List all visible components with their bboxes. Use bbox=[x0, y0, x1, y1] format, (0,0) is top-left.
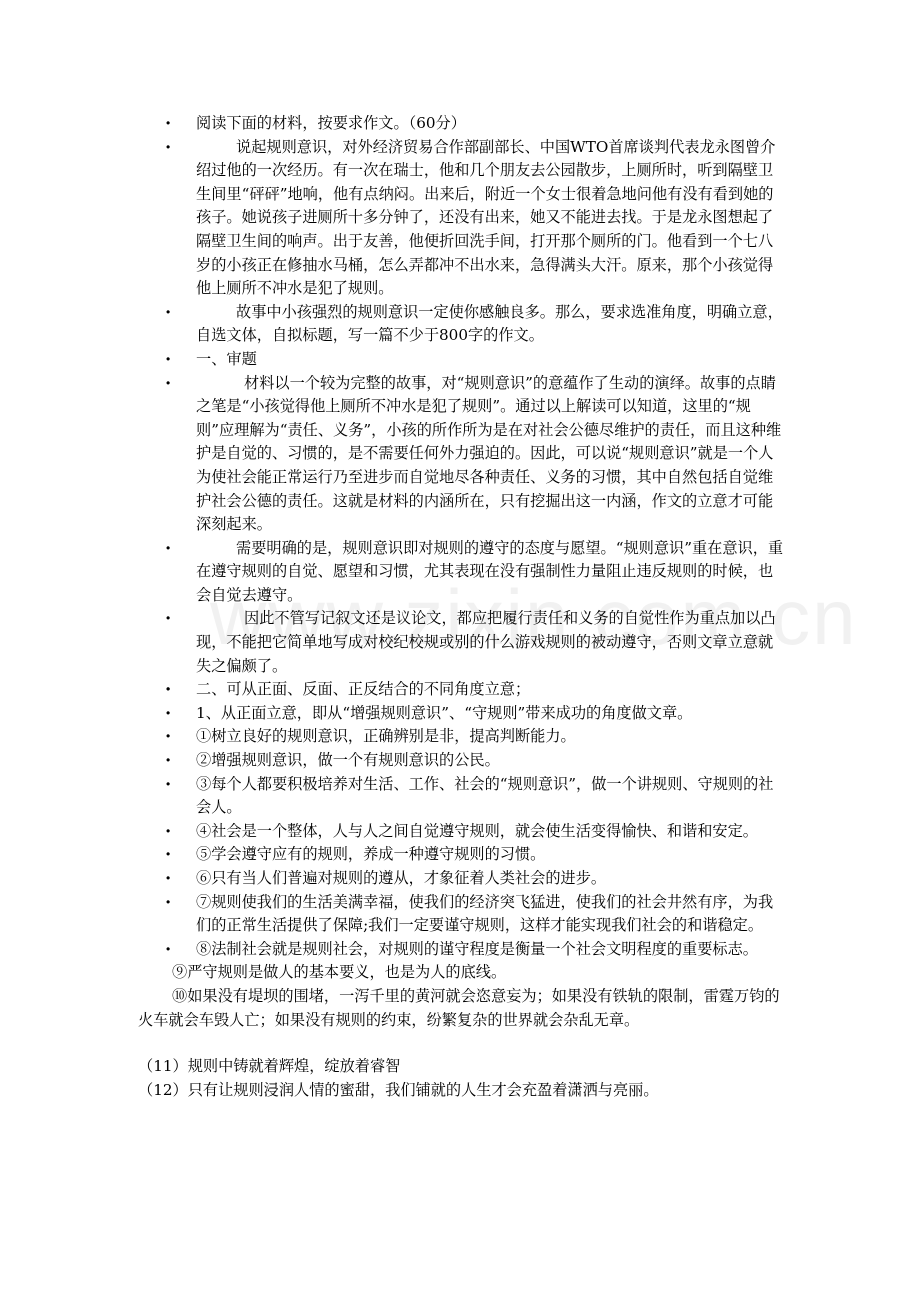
paragraph-point-10: ⑩如果没有堤坝的围堵，一泻千里的黄河就会恣意妄为；如果没有铁轨的限制，雷霆万钧的… bbox=[0, 985, 786, 1032]
bullet-icon: • bbox=[166, 112, 170, 136]
bullet-icon: • bbox=[166, 938, 170, 962]
bullet-icon: • bbox=[166, 301, 170, 325]
list-item: •⑤学会遵守应有的规则，养成一种遵守规则的习惯。 bbox=[0, 843, 784, 867]
bullet-icon: • bbox=[166, 773, 170, 797]
list-item-text: 说起规则意识，对外经济贸易合作部副部长、中国WTO首席谈判代表龙永图曾介绍过他的… bbox=[196, 138, 775, 298]
list-item: •材料以一个较为完整的故事，对“规则意识”的意蕴作了生动的演绎。故事的点睛之笔是… bbox=[0, 372, 784, 537]
list-item-text: 故事中小孩强烈的规则意识一定使你感触良多。那么，要求选准角度，明确立意，自选文体… bbox=[196, 303, 783, 345]
bullet-list: •阅读下面的材料，按要求作文。（60分）•说起规则意识，对外经济贸易合作部副部长… bbox=[0, 112, 920, 961]
list-item: •⑥只有当人们普遍对规则的遵从，才象征着人类社会的进步。 bbox=[0, 867, 784, 891]
list-item-text: 二、可从正面、反面、正反结合的不同角度立意； bbox=[196, 680, 530, 698]
list-item-text: 一、审题 bbox=[196, 350, 257, 368]
list-item: •因此不管写记叙文还是议论文，都应把履行责任和义务的自觉性作为重点加以凸现，不能… bbox=[0, 607, 784, 678]
list-item: •二、可从正面、反面、正反结合的不同角度立意； bbox=[0, 678, 784, 702]
paragraph-point-11: （11）规则中铸就着辉煌，绽放着睿智 bbox=[0, 1055, 920, 1079]
list-item-text: ⑦规则使我们的生活美满幸福，使我们的经济突飞猛进，使我们的社会井然有序，为我们的… bbox=[196, 893, 773, 935]
list-item-text: ③每个人都要积极培养对生活、工作、社会的“规则意识”，做一个讲规则、守规则的社会… bbox=[196, 775, 773, 817]
list-item: •⑧法制社会就是规则社会，对规则的谨守程度是衡量一个社会文明程度的重要标志。 bbox=[0, 938, 784, 962]
list-item-text: 材料以一个较为完整的故事，对“规则意识”的意蕴作了生动的演绎。故事的点睛之笔是“… bbox=[196, 374, 781, 534]
list-item: •需要明确的是，规则意识即对规则的遵守的态度与愿望。“规则意识”重在意识，重在遵… bbox=[0, 537, 784, 608]
bullet-icon: • bbox=[166, 136, 170, 160]
list-item-text: 1、从正面立意，即从“增强规则意识”、“守规则”带来成功的角度做文章。 bbox=[196, 704, 692, 722]
paragraph-point-9: ⑨严守规则是做人的基本要义，也是为人的底线。 bbox=[0, 961, 920, 985]
list-item-text: ⑤学会遵守应有的规则，养成一种遵守规则的习惯。 bbox=[196, 845, 545, 863]
list-item: •一、审题 bbox=[0, 348, 784, 372]
list-item-text: ⑧法制社会就是规则社会，对规则的谨守程度是衡量一个社会文明程度的重要标志。 bbox=[196, 940, 758, 958]
list-item: •阅读下面的材料，按要求作文。（60分） bbox=[0, 112, 784, 136]
list-item-text: ②增强规则意识，做一个有规则意识的公民。 bbox=[196, 751, 500, 769]
list-item: •④社会是一个整体，人与人之间自觉遵守规则，就会使生活变得愉快、和谐和安定。 bbox=[0, 820, 784, 844]
list-item-text: ①树立良好的规则意识，正确辨别是非，提高判断能力。 bbox=[196, 727, 576, 745]
paragraph-point-12: （12）只有让规则浸润人情的蜜甜，我们铺就的人生才会充盈着潇洒与亮丽。 bbox=[0, 1079, 920, 1103]
bullet-icon: • bbox=[166, 678, 170, 702]
list-item: •1、从正面立意，即从“增强规则意识”、“守规则”带来成功的角度做文章。 bbox=[0, 702, 784, 726]
list-item-text: 因此不管写记叙文还是议论文，都应把履行责任和义务的自觉性作为重点加以凸现，不能把… bbox=[196, 609, 776, 674]
list-item: •③每个人都要积极培养对生活、工作、社会的“规则意识”，做一个讲规则、守规则的社… bbox=[0, 773, 784, 820]
list-item-text: 需要明确的是，规则意识即对规则的遵守的态度与愿望。“规则意识”重在意识，重在遵守… bbox=[196, 539, 783, 604]
bullet-icon: • bbox=[166, 607, 170, 631]
bullet-icon: • bbox=[166, 725, 170, 749]
list-item: •②增强规则意识，做一个有规则意识的公民。 bbox=[0, 749, 784, 773]
document-body: •阅读下面的材料，按要求作文。（60分）•说起规则意识，对外经济贸易合作部副部长… bbox=[0, 112, 920, 1102]
list-item: •故事中小孩强烈的规则意识一定使你感触良多。那么，要求选准角度，明确立意，自选文… bbox=[0, 301, 784, 348]
list-item-text: 阅读下面的材料，按要求作文。（60分） bbox=[196, 114, 466, 132]
bullet-icon: • bbox=[166, 749, 170, 773]
bullet-icon: • bbox=[166, 372, 170, 396]
bullet-icon: • bbox=[166, 843, 170, 867]
list-item: •说起规则意识，对外经济贸易合作部副部长、中国WTO首席谈判代表龙永图曾介绍过他… bbox=[0, 136, 784, 301]
bullet-icon: • bbox=[166, 867, 170, 891]
list-item: •⑦规则使我们的生活美满幸福，使我们的经济突飞猛进，使我们的社会井然有序，为我们… bbox=[0, 891, 784, 938]
bullet-icon: • bbox=[166, 348, 170, 372]
list-item: •①树立良好的规则意识，正确辨别是非，提高判断能力。 bbox=[0, 725, 784, 749]
list-item-text: ④社会是一个整体，人与人之间自觉遵守规则，就会使生活变得愉快、和谐和安定。 bbox=[196, 822, 758, 840]
list-item-text: ⑥只有当人们普遍对规则的遵从，才象征着人类社会的进步。 bbox=[196, 869, 606, 887]
document-page: www.zixin.com.cn •阅读下面的材料，按要求作文。（60分）•说起… bbox=[0, 0, 920, 1302]
bullet-icon: • bbox=[166, 702, 170, 726]
bullet-icon: • bbox=[166, 820, 170, 844]
bullet-icon: • bbox=[166, 891, 170, 915]
bullet-icon: • bbox=[166, 537, 170, 561]
